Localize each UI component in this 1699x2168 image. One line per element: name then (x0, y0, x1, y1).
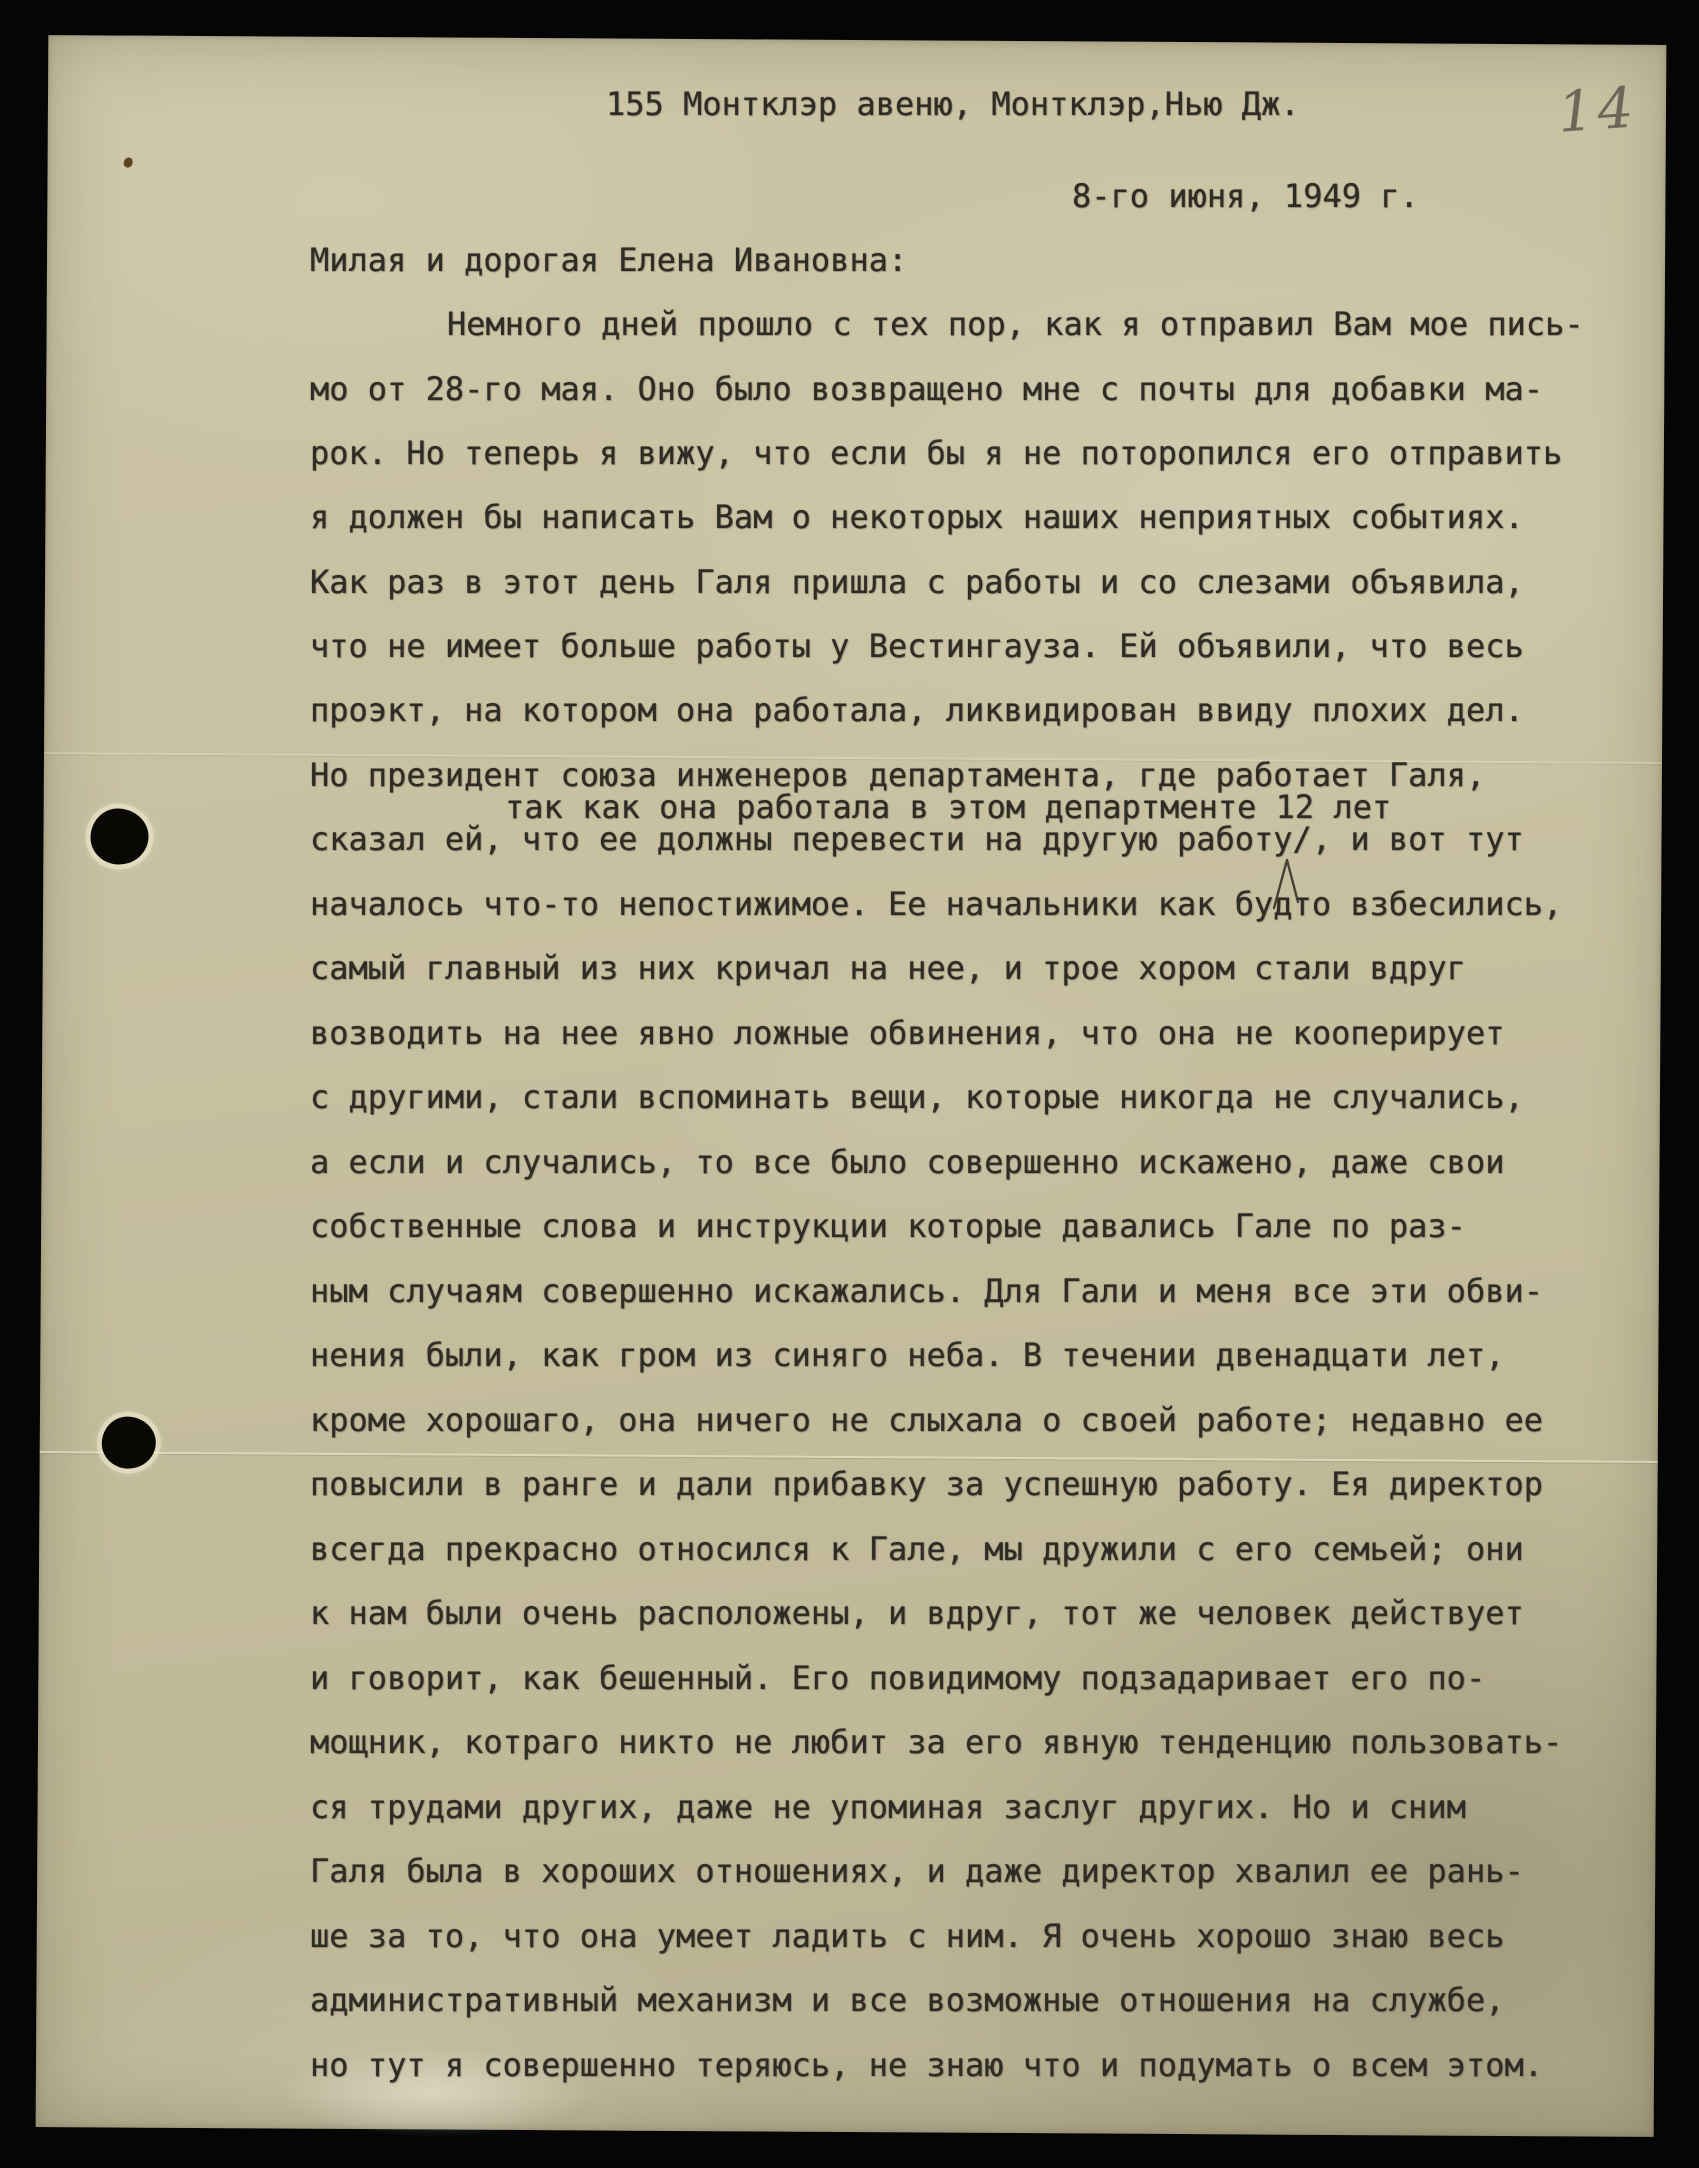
typed-line: собственные слова и инструкции которые д… (310, 1206, 1466, 1246)
typed-line: проэкт, на котором она работала, ликвиди… (310, 690, 1524, 730)
typed-line: Галя была в хороших отношениях, и даже д… (310, 1851, 1524, 1891)
typed-line: всегда прекрасно относился к Гале, мы др… (310, 1529, 1524, 1569)
typed-line: Как раз в этот день Галя пришла с работы… (310, 562, 1524, 602)
typed-line: ся трудами других, даже не упоминая засл… (310, 1787, 1466, 1827)
salutation-line: Милая и дорогая Елена Ивановна: (310, 240, 907, 280)
typed-line: а если и случались, то все было совершен… (310, 1142, 1504, 1182)
typed-line: я должен бы написать Вам о некоторых наш… (310, 497, 1524, 537)
typed-line: возводить на нее явно ложные обвинения, … (310, 1013, 1504, 1053)
typed-line: с другими, стали вспоминать вещи, которы… (310, 1077, 1524, 1117)
return-address-line: 155 Монтклэр авеню, Монтклэр,Нью Дж. (606, 84, 1300, 124)
typed-line: нения были, как гром из синяго неба. В т… (310, 1335, 1504, 1375)
handwritten-page-number: 14 (1556, 75, 1640, 145)
typed-line: повысили в ранге и дали прибавку за успе… (310, 1464, 1543, 1504)
typed-line: но тут я совершенно теряюсь, не знаю что… (310, 2045, 1543, 2085)
letter-page: 14 155 Монтклэр авеню, Монтклэр,Нью Дж. … (0, 0, 1699, 2168)
typed-line: что не имеет больше работы у Вестингауза… (310, 626, 1524, 666)
typed-line: ше за то, что она умеет ладить с ним. Я … (310, 1916, 1504, 1956)
typed-line: и говорит, как бешенный. Его повидимому … (310, 1658, 1485, 1698)
typed-line: началось что-то непостижимое. Ее начальн… (310, 884, 1562, 924)
date-line: 8-го июня, 1949 г. (1072, 176, 1419, 216)
typed-line: сказал ей, что ее должны перевести на др… (310, 819, 1524, 859)
typed-line: рок. Но теперь я вижу, что если бы я не … (310, 433, 1562, 473)
scan-background: 14 155 Монтклэр авеню, Монтклэр,Нью Дж. … (0, 0, 1699, 2168)
typed-line: ным случаям совершенно искажались. Для Г… (310, 1271, 1543, 1311)
typed-line: к нам были очень расположены, и вдруг, т… (310, 1593, 1524, 1633)
typed-line: кроме хорошаго, она ничего не слыхала о … (310, 1400, 1543, 1440)
typed-line: Немного дней прошло с тех пор, как я отп… (447, 304, 1584, 344)
typed-line: административный механизм и все возможны… (310, 1980, 1504, 2020)
typed-line: самый главный из них кричал на нее, и тр… (310, 948, 1466, 988)
typed-line: мо от 28-го мая. Оно было возвращено мне… (310, 369, 1543, 409)
typed-line: мощник, котраго никто не любит за его яв… (310, 1722, 1562, 1762)
insertion-caret-icon (1268, 856, 1304, 914)
